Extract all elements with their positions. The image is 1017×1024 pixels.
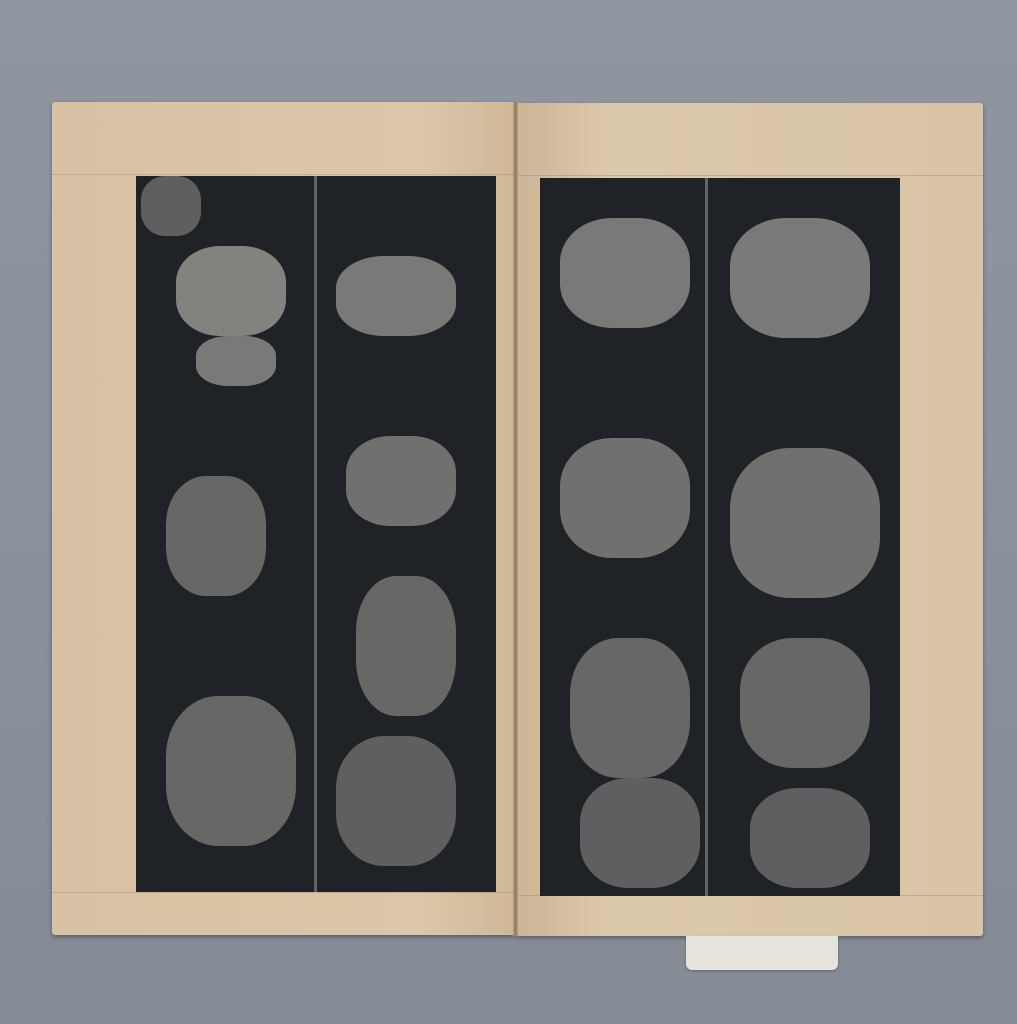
left-rubbing — [136, 176, 496, 892]
page-rule — [517, 175, 983, 176]
rubbing-seam — [314, 176, 317, 892]
page-rule — [52, 892, 515, 893]
page-rule — [52, 174, 515, 175]
paper-tab — [686, 936, 838, 970]
album-spine — [513, 102, 518, 936]
right-rubbing — [540, 178, 900, 896]
rubbing-seam — [705, 178, 708, 896]
